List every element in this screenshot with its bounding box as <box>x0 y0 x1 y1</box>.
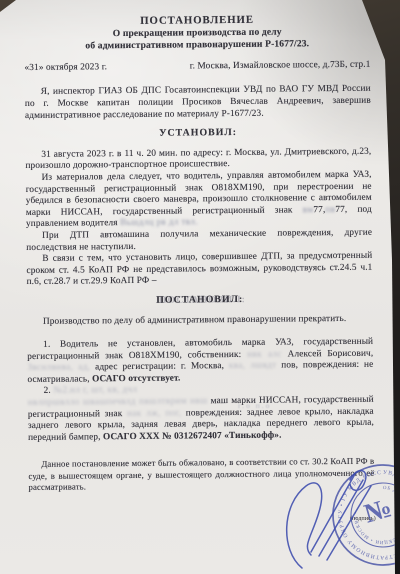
redacted-plate-a: вм <box>303 205 314 215</box>
item2-osago-bold: ОСАГО ХХХ № 0312672407 «Тинькофф». <box>103 430 282 442</box>
redacted-owner: нвк алс <box>247 349 282 359</box>
redacted-item2-line1: №2.нл г, шт, кв, дчл <box>53 385 137 396</box>
grounds-paragraph: В связи с тем, что установить лицо, сове… <box>26 251 372 289</box>
scan-ghost-text: г.о п.о <box>238 401 271 410</box>
item1-owner-name: Алексей Борисович, <box>288 348 374 359</box>
incident-paragraph: 31 августа 2023 г. в 11 ч. 20 мин. по ад… <box>25 146 371 173</box>
collision-paragraph: Из материалов дела следует, что водитель… <box>26 170 373 231</box>
item1-text-2: адрес регистрации: г. Москва, <box>95 361 224 372</box>
document-place: г. Москва, Измайловское шоссе, д.73Б, ст… <box>190 59 371 72</box>
redacted-plate-b: пв <box>325 205 335 215</box>
document-body: ПОСТАНОВЛЕНИЕ О прекращении производства… <box>24 13 375 493</box>
redacted-owner-details: Звснлвнва, ад, <box>27 363 90 374</box>
document-subtitle-2: об административном правонарушении Р-167… <box>24 38 370 54</box>
date-place-row: «31» октября 2023 г. г. Москва, Измайлов… <box>24 59 370 74</box>
plate-fragment-b: 77, <box>335 205 347 215</box>
terminate-paragraph: Производство по делу об административном… <box>27 313 373 328</box>
document-date: «31» октября 2023 г. <box>24 62 107 74</box>
round-stamp: УВД ПО ВОСТОЧНОМУ АДМИНИСТРАТИВНОМУ ОКРУ… <box>280 448 400 565</box>
paper-sheet: ПОСТАНОВЛЕНИЕ О прекращении производства… <box>0 0 400 574</box>
resolved-heading: ПОСТАНОВИЛ: <box>27 293 373 308</box>
intro-paragraph: Я, инспектор ГИАЗ ОБ ДПС Госавтоинспекци… <box>25 84 371 122</box>
redacted-nissan-plate: нак лж, пог, <box>127 408 181 419</box>
item-2-paragraph: 2. №2.нл г, шт, кв, дчлнвлпршвлло швашпе… <box>28 383 375 444</box>
stamp-and-signature: УВД ПО ВОСТОЧНОМУ АДМИНИСТРАТИВНОМУ ОКРУ… <box>280 448 400 574</box>
redacted-address: ква, лшвдт <box>229 361 277 371</box>
damage-paragraph: При ДТП автомашина получила механические… <box>26 228 372 255</box>
title-block: ПОСТАНОВЛЕНИЕ О прекращении производства… <box>24 13 370 54</box>
plate-fragment-a: 77, <box>313 205 325 215</box>
item1-osago-bold: ОСАГО отсутствует. <box>92 373 180 384</box>
document-photo: ПОСТАНОВЛЕНИЕ О прекращении производства… <box>0 0 400 574</box>
item-1-paragraph: 1. Водитель не установлен, автомобиль ма… <box>27 337 373 387</box>
item2-number: 2. <box>44 386 51 396</box>
established-heading: УСТАНОВИЛ: <box>25 126 371 141</box>
redacted-item2-line2: нвлпршвлло швашпечвлд пвшлтврим нвш <box>28 396 208 408</box>
redacted-driver-name: Вьшдлц рв дл твл. <box>120 218 198 229</box>
